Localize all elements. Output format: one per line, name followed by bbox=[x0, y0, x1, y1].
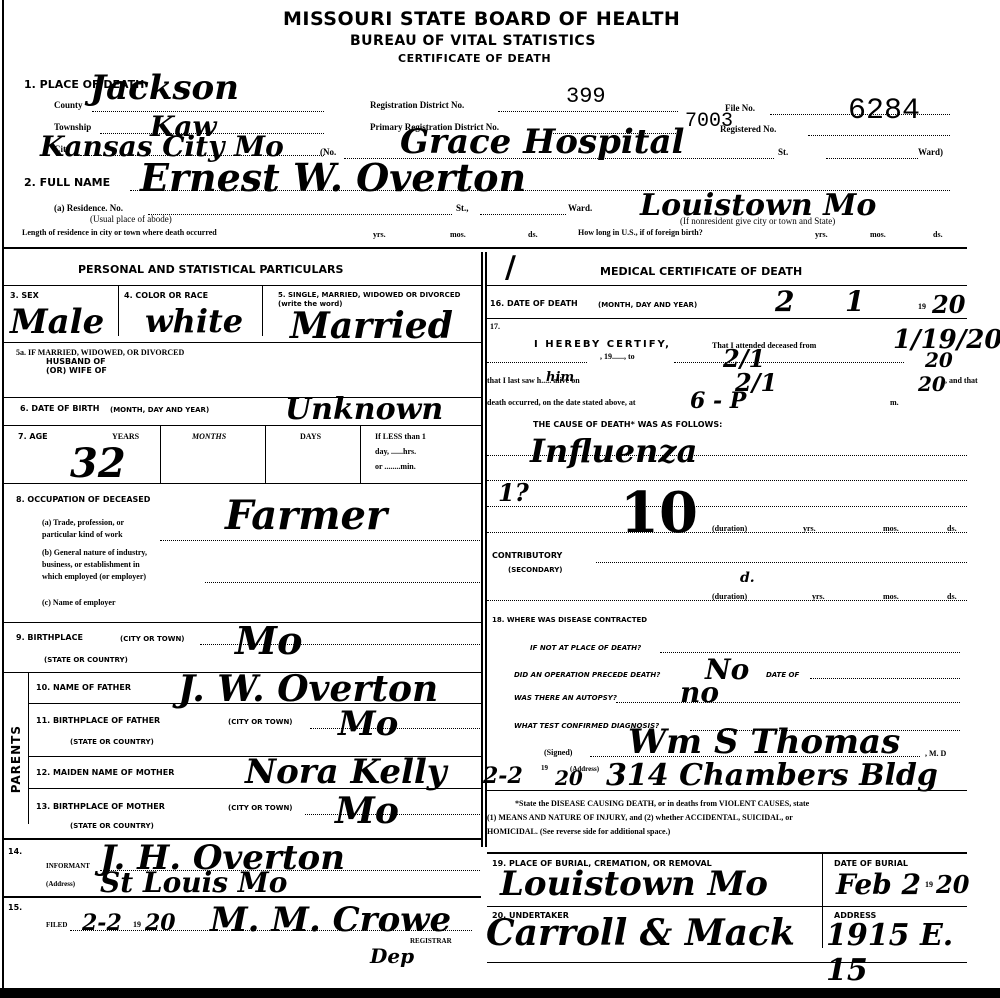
occ-b-line3: which employed (or employer) bbox=[42, 572, 146, 581]
informant-label: INFORMANT bbox=[46, 862, 90, 870]
less-than-label-1: If LESS than 1 bbox=[375, 432, 426, 441]
duration-ds: ds. bbox=[947, 524, 957, 533]
registered-no-line bbox=[808, 135, 950, 136]
row-rule-16 bbox=[487, 962, 967, 963]
filed-label: FILED bbox=[46, 921, 67, 929]
father-birthplace-value: Mo bbox=[338, 704, 398, 744]
parents-side-label: PARENTS bbox=[9, 725, 23, 793]
date-of-death-day: 1 bbox=[845, 285, 864, 318]
row-rule-4 bbox=[2, 483, 481, 484]
contrib-duration-yrs: yrs. bbox=[812, 592, 825, 601]
row-rule-3 bbox=[2, 425, 481, 426]
operation-label: DID AN OPERATION PRECEDE DEATH? bbox=[514, 671, 660, 679]
race-value: white bbox=[145, 302, 243, 340]
sex-value: Male bbox=[10, 302, 104, 342]
residence-line bbox=[148, 214, 452, 215]
section-divider-top bbox=[2, 247, 967, 249]
undertaker-address-value: 1915 E. 15 bbox=[826, 918, 1000, 988]
occupation-value: Farmer bbox=[225, 492, 387, 539]
registrar-name: M. M. Crowe bbox=[210, 900, 451, 940]
contributory-sub: (SECONDARY) bbox=[508, 566, 562, 574]
file-no-stamp: 6284 bbox=[848, 94, 920, 128]
usual-abode-note: (Usual place of abode) bbox=[90, 214, 172, 224]
death-time-suffix: m. bbox=[890, 398, 899, 407]
informant-address-label: (Address) bbox=[46, 880, 75, 888]
row-rule-14 bbox=[487, 852, 967, 854]
foreign-yrs: yrs. bbox=[815, 230, 828, 239]
residence-ward-line bbox=[480, 214, 566, 215]
father-birthplace-label: 11. BIRTHPLACE OF FATHER bbox=[36, 716, 160, 725]
cause-line-3 bbox=[487, 506, 967, 507]
operation-date-line bbox=[810, 678, 960, 679]
form-subtitle: BUREAU OF VITAL STATISTICS bbox=[350, 33, 596, 49]
filed-year: 20 bbox=[145, 910, 176, 936]
medical-heading-rule bbox=[487, 285, 967, 286]
length-mos: mos. bbox=[450, 230, 466, 239]
mother-birthplace-label: 13. BIRTHPLACE OF MOTHER bbox=[36, 802, 165, 811]
spouse-label-1: 5a. IF MARRIED, WIDOWED, OR DIVORCED bbox=[16, 348, 184, 357]
burial-place-value: Louistown Mo bbox=[500, 864, 768, 904]
date-of-death-label: 16. DATE OF DEATH bbox=[490, 299, 578, 308]
county-value: Jackson bbox=[90, 68, 239, 108]
contrib-duration-ds: ds. bbox=[947, 592, 957, 601]
medical-heading: MEDICAL CERTIFICATE OF DEATH bbox=[600, 265, 802, 278]
personal-heading-rule bbox=[2, 285, 481, 286]
residence-ward-label: Ward. bbox=[568, 203, 592, 213]
residence-label: (a) Residence. No. bbox=[54, 203, 123, 213]
burial-divider bbox=[822, 853, 823, 948]
death-time-value: 6 - P bbox=[690, 388, 746, 414]
contrib-duration-mos: mos. bbox=[883, 592, 899, 601]
burial-date-value: Feb 2 bbox=[836, 868, 921, 901]
duration-yrs: yrs. bbox=[803, 524, 816, 533]
registration-district-label: Registration District No. bbox=[370, 100, 464, 110]
race-marital-divider bbox=[262, 286, 263, 336]
length-of-residence-label: Length of residence in city or town wher… bbox=[22, 228, 217, 237]
death-occurred-label: death occurred, on the date stated above… bbox=[487, 398, 636, 407]
mother-state-label: (STATE OR COUNTRY) bbox=[70, 822, 154, 830]
column-divider-b bbox=[485, 252, 487, 847]
birthplace-label: 9. BIRTHPLACE bbox=[16, 633, 83, 642]
cause-value: Influenza bbox=[530, 432, 697, 470]
birthplace-value: Mo bbox=[235, 618, 302, 663]
deputy-mark: Dep bbox=[370, 944, 414, 968]
burial-date-label: DATE OF BURIAL bbox=[834, 859, 908, 868]
mother-birthplace-sub: (CITY OR TOWN) bbox=[228, 804, 293, 812]
autopsy-label: WAS THERE AN AUTOPSY? bbox=[514, 694, 617, 702]
street-label: St. bbox=[778, 147, 788, 157]
dob-label: 6. DATE OF BIRTH bbox=[20, 404, 99, 413]
father-birthplace-sub: (CITY OR TOWN) bbox=[228, 718, 293, 726]
contributory-line bbox=[596, 562, 967, 563]
if-not-label: IF NOT AT PLACE OF DEATH? bbox=[530, 644, 641, 652]
row-rule-13 bbox=[487, 790, 967, 791]
signed-date: 2-2 bbox=[483, 763, 523, 789]
occupation-label: 8. OCCUPATION OF DECEASED bbox=[16, 495, 150, 504]
race-label: 4. COLOR OR RACE bbox=[124, 291, 208, 300]
md-label: , M. D bbox=[925, 749, 946, 758]
age-years-value: 32 bbox=[70, 440, 126, 487]
last-saw-year: 20 bbox=[918, 372, 946, 396]
row-rule-1 bbox=[2, 342, 481, 343]
form-doc-type: CERTIFICATE OF DEATH bbox=[398, 52, 551, 65]
length-yrs: yrs. bbox=[373, 230, 386, 239]
footnote-line-2: (1) MEANS AND NATURE OF INJURY, and (2) … bbox=[487, 813, 793, 822]
signed-address-value: 314 Chambers Bldg bbox=[606, 758, 938, 793]
filed-number: 15. bbox=[8, 903, 22, 912]
and-that-label: , and that bbox=[945, 376, 978, 385]
date-of-death-year-prefix: 19 bbox=[918, 302, 926, 311]
occ-b-line2: business, or establishment in bbox=[42, 560, 140, 569]
certify-label: I HEREBY CERTIFY, bbox=[534, 339, 671, 350]
registered-no-label: Registered No. bbox=[720, 124, 776, 134]
attended-to-line bbox=[674, 362, 904, 363]
occ-c-label: (c) Name of employer bbox=[42, 598, 116, 607]
form-title: MISSOURI STATE BOARD OF HEALTH bbox=[283, 8, 680, 30]
tick-mark: / bbox=[505, 250, 516, 285]
less-than-label-3: or ........min. bbox=[375, 462, 416, 471]
where-contracted-label: 18. WHERE WAS DISEASE CONTRACTED bbox=[492, 616, 647, 624]
foreign-mos: mos. bbox=[870, 230, 886, 239]
informant-number: 14. bbox=[8, 847, 22, 856]
contributory-label: CONTRIBUTORY bbox=[492, 551, 562, 560]
attended-from-line bbox=[487, 362, 587, 363]
age-divider-1 bbox=[160, 426, 161, 483]
occ-a-line1: (a) Trade, profession, or bbox=[42, 518, 124, 527]
autopsy-line bbox=[616, 702, 960, 703]
dob-sub: (MONTH, DAY AND YEAR) bbox=[110, 406, 209, 414]
row-rule-15 bbox=[487, 906, 967, 907]
attended-to-label: , 19......, to bbox=[600, 352, 635, 361]
row-rule-11 bbox=[2, 896, 481, 898]
sex-label: 3. SEX bbox=[10, 291, 39, 300]
row-rule-12 bbox=[487, 318, 967, 319]
filed-year-prefix: 19 bbox=[133, 920, 141, 929]
full-name-value: Ernest W. Overton bbox=[140, 155, 526, 200]
scan-bottom-edge bbox=[0, 988, 1000, 998]
spouse-label-3: (OR) WIFE OF bbox=[46, 366, 107, 375]
ward-label: Ward) bbox=[918, 147, 943, 157]
signed-year-prefix: 19 bbox=[541, 764, 548, 772]
contributory-mark: d. bbox=[740, 570, 755, 586]
foreign-ds: ds. bbox=[933, 230, 943, 239]
age-days-label: DAYS bbox=[300, 432, 321, 441]
operation-date-label: DATE OF bbox=[766, 671, 799, 679]
sex-race-divider bbox=[118, 286, 119, 336]
autopsy-value: no bbox=[680, 676, 719, 709]
registration-district-line bbox=[498, 111, 678, 112]
signed-address-label: (Address) bbox=[570, 765, 599, 773]
birthplace-sub: (CITY OR TOWN) bbox=[120, 635, 185, 643]
burial-date-year-prefix: 19 bbox=[925, 880, 933, 889]
full-name-label: 2. FULL NAME bbox=[24, 176, 110, 189]
occ-a-line2: particular kind of work bbox=[42, 530, 123, 539]
dob-value: Unknown bbox=[285, 392, 443, 427]
column-divider-a bbox=[481, 252, 483, 847]
nonresident-note: (If nonresident give city or town and St… bbox=[680, 216, 835, 226]
last-saw-pronoun: him bbox=[546, 370, 574, 385]
age-divider-2 bbox=[265, 426, 266, 483]
occupation-line bbox=[160, 540, 480, 541]
age-divider-3 bbox=[360, 426, 361, 483]
contrib-duration-label: (duration) bbox=[712, 592, 747, 601]
personal-heading: PERSONAL AND STATISTICAL PARTICULARS bbox=[78, 263, 343, 276]
father-name-label: 10. NAME OF FATHER bbox=[36, 683, 131, 692]
date-of-death-sub: (MONTH, DAY AND YEAR) bbox=[598, 301, 697, 309]
burial-date-year: 20 bbox=[936, 870, 969, 899]
registration-district-stamp: 399 bbox=[566, 84, 606, 109]
length-ds: ds. bbox=[528, 230, 538, 239]
father-state-label: (STATE OR COUNTRY) bbox=[70, 738, 154, 746]
signed-label: (Signed) bbox=[544, 748, 572, 757]
row-rule-9 bbox=[28, 788, 481, 789]
cause-line-2 bbox=[487, 480, 967, 481]
left-border bbox=[2, 0, 4, 998]
row-rule-7 bbox=[28, 703, 481, 704]
mother-birthplace-value: Mo bbox=[335, 790, 399, 832]
duration-label: (duration) bbox=[712, 524, 747, 533]
spouse-label-2: HUSBAND OF bbox=[46, 357, 106, 366]
marital-value: Married bbox=[290, 305, 453, 347]
birthplace-state-label: (STATE OR COUNTRY) bbox=[44, 656, 128, 664]
informant-address-value: St Louis Mo bbox=[100, 866, 287, 899]
undertaker-value: Carroll & Mack bbox=[486, 912, 795, 954]
signed-value: Wm S Thomas bbox=[628, 722, 900, 762]
mother-name-label: 12. MAIDEN NAME OF MOTHER bbox=[36, 768, 174, 777]
ward-line bbox=[826, 158, 918, 159]
parents-side-divider bbox=[28, 672, 29, 824]
attended-to-year: 20 bbox=[925, 348, 953, 372]
age-label: 7. AGE bbox=[18, 432, 48, 441]
date-of-death-year: 20 bbox=[932, 290, 965, 319]
less-than-label-2: day, ......hrs. bbox=[375, 447, 416, 456]
mother-name-value: Nora Kelly bbox=[245, 752, 447, 792]
residence-street-label: St., bbox=[456, 203, 469, 213]
filed-date: 2-2 bbox=[82, 910, 122, 936]
occ-b-line1: (b) General nature of industry, bbox=[42, 548, 147, 557]
footnote-line-3: HOMICIDAL. (See reverse side for additio… bbox=[487, 827, 670, 836]
industry-line bbox=[205, 582, 480, 583]
registrar-label: REGISTRAR bbox=[410, 937, 452, 945]
cert-number: 17. bbox=[490, 322, 500, 331]
foreign-birth-label: How long in U.S., if of foreign birth? bbox=[578, 228, 703, 237]
duration-value: 10 bbox=[620, 480, 698, 546]
cause-line2-value: 1? bbox=[498, 478, 529, 507]
date-of-death-month: 2 bbox=[775, 285, 794, 318]
county-label: County bbox=[54, 100, 83, 110]
cause-label: THE CAUSE OF DEATH* WAS AS FOLLOWS: bbox=[533, 420, 722, 429]
duration-mos: mos. bbox=[883, 524, 899, 533]
footnote-line-1: *State the DISEASE CAUSING DEATH, or in … bbox=[515, 799, 809, 808]
age-months-label: MONTHS bbox=[192, 432, 226, 441]
